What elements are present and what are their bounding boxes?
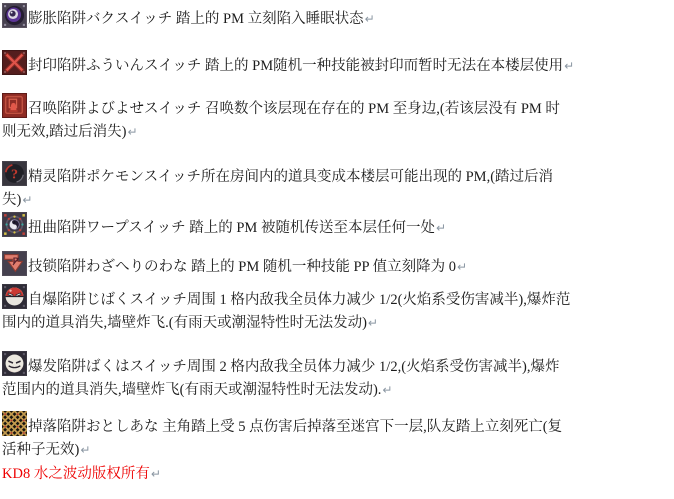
- trap-row: 封印陷阱ふういんスイッチ 踏上的 PM随机一种技能被封印而暂时无法在本楼层使用↵: [2, 50, 670, 78]
- trap-list: 膨胀陷阱バクスイッチ 踏上的 PM 立刻陷入睡眠状态↵封印陷阱ふういんスイッチ …: [2, 3, 670, 462]
- warp-dial-trap-icon: [2, 212, 27, 237]
- pp-down-arrow-trap-icon: P: [2, 251, 27, 276]
- trap-row: ?精灵陷阱ポケモンスイッチ所在房间内的道具变成本楼层可能出现的 PM,(踏过后消…: [2, 161, 670, 212]
- paragraph-return-mark: ↵: [564, 59, 574, 73]
- document-page: 膨胀陷阱バクスイッチ 踏上的 PM 立刻陷入睡眠状态↵封印陷阱ふういんスイッチ …: [0, 0, 674, 499]
- paragraph-return-mark: ↵: [368, 316, 378, 330]
- trap-row: 膨胀陷阱バクスイッチ 踏上的 PM 立刻陷入睡眠状态↵: [2, 3, 670, 31]
- trap-description: 爆发陷阱ばくはスイッチ周围 2 格内敌我全员体力减少 1/2,(火焰系受伤害减半…: [2, 359, 559, 398]
- trap-row: 爆发陷阱ばくはスイッチ周围 2 格内敌我全员体力减少 1/2,(火焰系受伤害减半…: [2, 351, 670, 402]
- trap-description: 精灵陷阱ポケモンスイッチ所在房间内的道具变成本楼层可能出现的 PM,(踏过后消失…: [2, 169, 553, 208]
- trap-row: 自爆陷阱じばくスイッチ周围 1 格内敌我全员体力减少 1/2(火焰系受伤害减半)…: [2, 284, 670, 335]
- paragraph-return-mark: ↵: [22, 193, 32, 207]
- pitfall-grate-trap-icon: [2, 411, 27, 436]
- paragraph-return-mark: ↵: [436, 221, 446, 235]
- trap-row: P技锁陷阱わざへりのわな 踏上的 PM 随机一种技能 PP 值立刻降为 0↵: [2, 251, 670, 279]
- trap-description: 膨胀陷阱バクスイッチ 踏上的 PM 立刻陷入睡眠状态: [28, 11, 364, 27]
- sleep-orb-trap-icon: [2, 3, 27, 28]
- pokemon-question-trap-icon: ?: [2, 161, 27, 186]
- voltorb-selfdestruct-trap-icon: [2, 284, 27, 309]
- paragraph-return-mark: ↵: [80, 443, 90, 457]
- trap-description: 召唤陷阱よびよせスイッチ 召唤数个该层现在存在的 PM 至身边,(若该层没有 P…: [2, 101, 560, 140]
- trap-description: 技锁陷阱わざへりのわな 踏上的 PM 随机一种技能 PP 值立刻降为 0: [28, 259, 456, 275]
- trap-description: 封印陷阱ふういんスイッチ 踏上的 PM随机一种技能被封印而暂时无法在本楼层使用: [28, 58, 563, 74]
- trap-row: 扭曲陷阱ワープスイッチ 踏上的 PM 被随机传送至本层任何一处↵: [2, 212, 670, 240]
- svg-text:?: ?: [11, 167, 18, 183]
- paragraph-return-mark: ↵: [382, 383, 392, 397]
- trap-row: 召唤陷阱よびよせスイッチ 召唤数个该层现在存在的 PM 至身边,(若该层没有 P…: [2, 93, 670, 144]
- trap-description: 自爆陷阱じばくスイッチ周围 1 格内敌我全员体力减少 1/2(火焰系受伤害减半)…: [2, 292, 570, 331]
- electrode-explosion-trap-icon: [2, 351, 27, 376]
- paragraph-return-mark: ↵: [127, 125, 137, 139]
- trap-row: 掉落陷阱おとしあな 主角踏上受 5 点伤害后掉落至迷宫下一层,队友踏上立刻死亡(…: [2, 411, 670, 462]
- copyright-line: KD8 水之波动版权所有↵: [2, 463, 670, 486]
- trap-description: 扭曲陷阱ワープスイッチ 踏上的 PM 被随机传送至本层任何一处: [28, 220, 435, 236]
- paragraph-return-mark: ↵: [151, 467, 161, 481]
- paragraph-return-mark: ↵: [365, 12, 375, 26]
- paragraph-return-mark: ↵: [457, 260, 467, 274]
- copyright-text: KD8 水之波动版权所有: [2, 466, 150, 482]
- summon-bell-trap-icon: [2, 93, 27, 118]
- seal-x-trap-icon: [2, 50, 27, 75]
